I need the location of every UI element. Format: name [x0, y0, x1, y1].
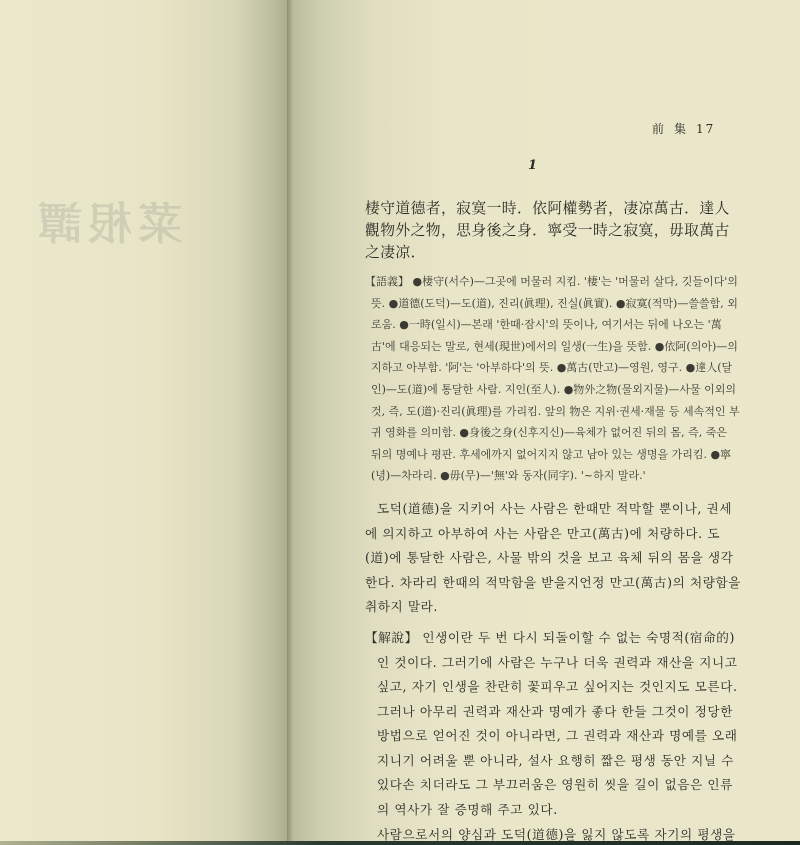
section-number: 1 — [528, 158, 537, 173]
bleed-through-title: 菜根譚 — [32, 188, 182, 252]
gloss-section: 【語義】 ●棲守(서수)—그곳에 머물러 지킴. '棲'는 '머물러 살다, 깃… — [365, 271, 741, 487]
running-head: 前集17 — [652, 120, 723, 137]
korean-translation: 도덕(道德)을 지키어 사는 사람은 한때만 적막할 뿐이나, 권세에 의지하고… — [365, 497, 741, 620]
scan-bottom-edge — [0, 841, 800, 845]
left-page: 菜根譚 — [0, 0, 287, 845]
commentary-label: 【解說】 — [365, 630, 418, 645]
book-spread: 菜根譚 前集17 1 棲守道德者，寂寞一時．依阿權勢者，凄凉萬古．達人觀物外之物… — [0, 0, 800, 845]
page-number: 17 — [696, 122, 715, 136]
gloss-text: ●棲守(서수)—그곳에 머물러 지킴. '棲'는 '머물러 살다, 깃들이다'의… — [371, 275, 740, 482]
commentary-paragraph-1: 【解說】 인생이란 두 번 다시 되돌이할 수 없는 숙명적(宿命的)인 것이다… — [365, 626, 741, 823]
gloss-label: 【語義】 — [365, 275, 409, 288]
commentary-section: 【解說】 인생이란 두 번 다시 되돌이할 수 없는 숙명적(宿命的)인 것이다… — [365, 626, 741, 845]
original-chinese-text: 棲守道德者，寂寞一時．依阿權勢者，凄凉萬古．達人觀物外之物，思身後之身．寧受一時… — [365, 198, 741, 264]
running-head-section2: 集 — [674, 122, 688, 136]
commentary-text-1: 인생이란 두 번 다시 되돌이할 수 없는 숙명적(宿命的)인 것이다. 그러기… — [377, 630, 738, 817]
running-head-section: 前 — [652, 122, 666, 136]
page-content: 棲守道德者，寂寞一時．依阿權勢者，凄凉萬古．達人觀物外之物，思身後之身．寧受一時… — [365, 198, 741, 845]
